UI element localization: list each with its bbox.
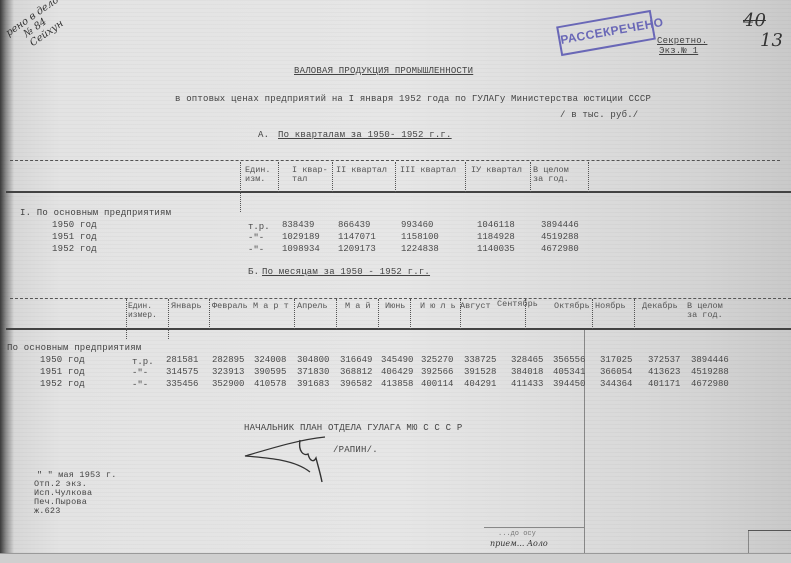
row-year: 1950 год xyxy=(52,220,97,230)
section-b-heading: По месяцам за 1950 - 1952 г.г. xyxy=(262,267,430,277)
cell-nov: 344364 xyxy=(600,379,632,389)
col-divider xyxy=(634,299,635,329)
cell-jun: 345490 xyxy=(381,355,413,365)
col-header-q2: II квартал xyxy=(336,166,387,175)
bottom-stamp: ...до ocy прием... Аоло xyxy=(484,527,584,553)
cell-q4: 1046118 xyxy=(477,220,515,230)
col-divider xyxy=(294,299,295,329)
cell-feb: 282895 xyxy=(212,355,244,365)
signatory-name: /РАПИН/. xyxy=(333,445,378,455)
row-unit: т.р. xyxy=(248,222,270,232)
document-subtitle: в оптовых ценах предприятий на I января … xyxy=(175,94,651,104)
cell-may: 396582 xyxy=(340,379,372,389)
classification-label: Секретно. xyxy=(657,36,707,46)
cell-jan: 314575 xyxy=(166,367,198,377)
cell-q2: 1147071 xyxy=(338,232,376,242)
cell-may: 316649 xyxy=(340,355,372,365)
col-divider xyxy=(592,299,593,329)
cell-jul: 392566 xyxy=(421,367,453,377)
col-header-total: В целом за год. xyxy=(687,302,733,320)
cell-apr: 391683 xyxy=(297,379,329,389)
cell-total: 4519288 xyxy=(541,232,579,242)
cell-dec: 401171 xyxy=(648,379,680,389)
header-text: В целом за год. xyxy=(687,301,723,320)
cell-mar: 324008 xyxy=(254,355,286,365)
col-header-dec: Декабрь xyxy=(642,302,678,311)
section-b-prefix: Б. xyxy=(248,267,259,277)
col-header-oct: Октябрь xyxy=(554,302,590,311)
col-header-mar: М а р т xyxy=(253,302,289,311)
cell-total: 4672980 xyxy=(691,379,729,389)
cell-oct: 394450 xyxy=(553,379,585,389)
handwritten-note: рено в дело № 84 Сейхун xyxy=(4,0,74,57)
cell-jul: 400114 xyxy=(421,379,453,389)
section-a-heading: По кварталам за 1950- 1952 г.г. xyxy=(278,130,452,140)
col-header-jul: И ю л ь xyxy=(420,302,456,311)
cell-mar: 390595 xyxy=(254,367,286,377)
cell-total: 4519288 xyxy=(691,367,729,377)
row-unit: -"- xyxy=(132,368,148,378)
bottom-stamp-line: ...до ocy xyxy=(498,530,536,538)
cell-mar: 410578 xyxy=(254,379,286,389)
col-divider xyxy=(410,299,411,329)
cell-aug: 404291 xyxy=(464,379,496,389)
cell-q1: 1098934 xyxy=(282,244,320,254)
cell-sep: 411433 xyxy=(511,379,543,389)
col-divider xyxy=(168,299,169,339)
copy-number: Экз.№ 1 xyxy=(659,46,698,56)
declassified-stamp: РАССЕКРЕЧЕНО xyxy=(556,10,656,56)
scan-border xyxy=(0,553,791,563)
col-header-apr: Апрель xyxy=(297,302,328,311)
table-b-top-border xyxy=(10,298,791,299)
row-year: 1950 год xyxy=(40,355,85,365)
cell-total: 4672980 xyxy=(541,244,579,254)
header-text: В целом за год. xyxy=(533,165,569,184)
bottom-box-top xyxy=(748,530,791,531)
cell-aug: 338725 xyxy=(464,355,496,365)
cell-apr: 371830 xyxy=(297,367,329,377)
document-title: ВАЛОВАЯ ПРОДУКЦИЯ ПРОМЫШЛЕННОСТИ xyxy=(294,66,473,76)
row-year: 1951 год xyxy=(52,232,97,242)
col-header-q4: IУ квартал xyxy=(471,166,522,175)
col-divider xyxy=(465,162,466,192)
col-header-feb: Февраль xyxy=(212,302,248,311)
cell-aug: 391528 xyxy=(464,367,496,377)
col-header-unit: Един. измер. xyxy=(128,302,166,320)
col-divider xyxy=(278,162,279,192)
col-header-may: М а й xyxy=(345,302,371,311)
col-header-nov: Ноябрь xyxy=(595,302,626,311)
page-number-crossed: 40 xyxy=(743,10,766,31)
row-year: 1952 год xyxy=(52,244,97,254)
col-divider xyxy=(240,162,241,212)
col-divider xyxy=(126,299,127,339)
col-divider xyxy=(336,299,337,329)
cell-q1: 1029189 xyxy=(282,232,320,242)
cell-jul: 325270 xyxy=(421,355,453,365)
cell-nov: 317025 xyxy=(600,355,632,365)
cell-dec: 413623 xyxy=(648,367,680,377)
cell-q3: 1158100 xyxy=(401,232,439,242)
row-unit: т.р. xyxy=(132,357,154,367)
cell-q1: 838439 xyxy=(282,220,314,230)
section-a-group-label: I. По основным предприятиям xyxy=(20,208,171,218)
cell-apr: 304800 xyxy=(297,355,329,365)
cell-jun: 413858 xyxy=(381,379,413,389)
col-divider xyxy=(395,162,396,192)
cell-total: 3894446 xyxy=(691,355,729,365)
signature-icon xyxy=(240,432,340,490)
cell-dec: 372537 xyxy=(648,355,680,365)
cell-q4: 1140035 xyxy=(477,244,515,254)
row-unit: -"- xyxy=(248,233,264,243)
col-divider xyxy=(530,162,531,192)
table-a-top-border xyxy=(10,160,780,161)
col-divider xyxy=(332,162,333,192)
cell-q2: 866439 xyxy=(338,220,370,230)
cell-q3: 1224838 xyxy=(401,244,439,254)
col-divider xyxy=(209,299,210,329)
col-header-jan: Январь xyxy=(171,302,202,311)
cell-may: 368812 xyxy=(340,367,372,377)
row-unit: -"- xyxy=(248,245,264,255)
cell-feb: 352900 xyxy=(212,379,244,389)
col-header-aug: Август xyxy=(460,302,491,311)
table-a-header-border xyxy=(6,191,791,193)
col-divider xyxy=(588,162,589,192)
cell-q3: 993460 xyxy=(401,220,433,230)
col-header-q3: III квартал xyxy=(400,166,456,175)
cell-oct: 356556 xyxy=(553,355,585,365)
cell-feb: 323913 xyxy=(212,367,244,377)
col-header-q1: I квар- тал xyxy=(292,166,330,184)
bottom-box-edge xyxy=(748,530,749,553)
col-header-sep: Сентябрь xyxy=(497,300,538,309)
cell-sep: 328465 xyxy=(511,355,543,365)
header-text: Един. изм. xyxy=(245,165,271,184)
table-b-header-border xyxy=(6,328,791,330)
cell-nov: 366054 xyxy=(600,367,632,377)
cell-jan: 335456 xyxy=(166,379,198,389)
page-number: 13 xyxy=(760,30,783,51)
cell-jan: 281581 xyxy=(166,355,198,365)
col-divider xyxy=(378,299,379,329)
col-header-unit: Един. изм. xyxy=(245,166,277,184)
section-a-prefix: А. xyxy=(258,130,269,140)
cell-jun: 406429 xyxy=(381,367,413,377)
header-text: I квар- тал xyxy=(292,165,328,184)
cell-q2: 1209173 xyxy=(338,244,376,254)
units-note: / в тыс. руб./ xyxy=(560,110,638,120)
document-page: рено в дело № 84 Сейхун РАССЕКРЕЧЕНО Сек… xyxy=(0,0,791,553)
cell-q4: 1184928 xyxy=(477,232,515,242)
cell-oct: 405341 xyxy=(553,367,585,377)
row-year: 1951 год xyxy=(40,367,85,377)
col-header-jun: Июнь xyxy=(385,302,405,311)
header-text: Един. измер. xyxy=(128,302,157,320)
section-b-group-label: По основным предприятиям xyxy=(7,343,141,353)
cell-total: 3894446 xyxy=(541,220,579,230)
footer-line: ж.623 xyxy=(34,506,61,516)
row-unit: -"- xyxy=(132,380,148,390)
row-year: 1952 год xyxy=(40,379,85,389)
cell-sep: 384018 xyxy=(511,367,543,377)
col-header-total: В целом за год. xyxy=(533,166,583,184)
bottom-stamp-line: прием... Аоло xyxy=(490,539,548,548)
